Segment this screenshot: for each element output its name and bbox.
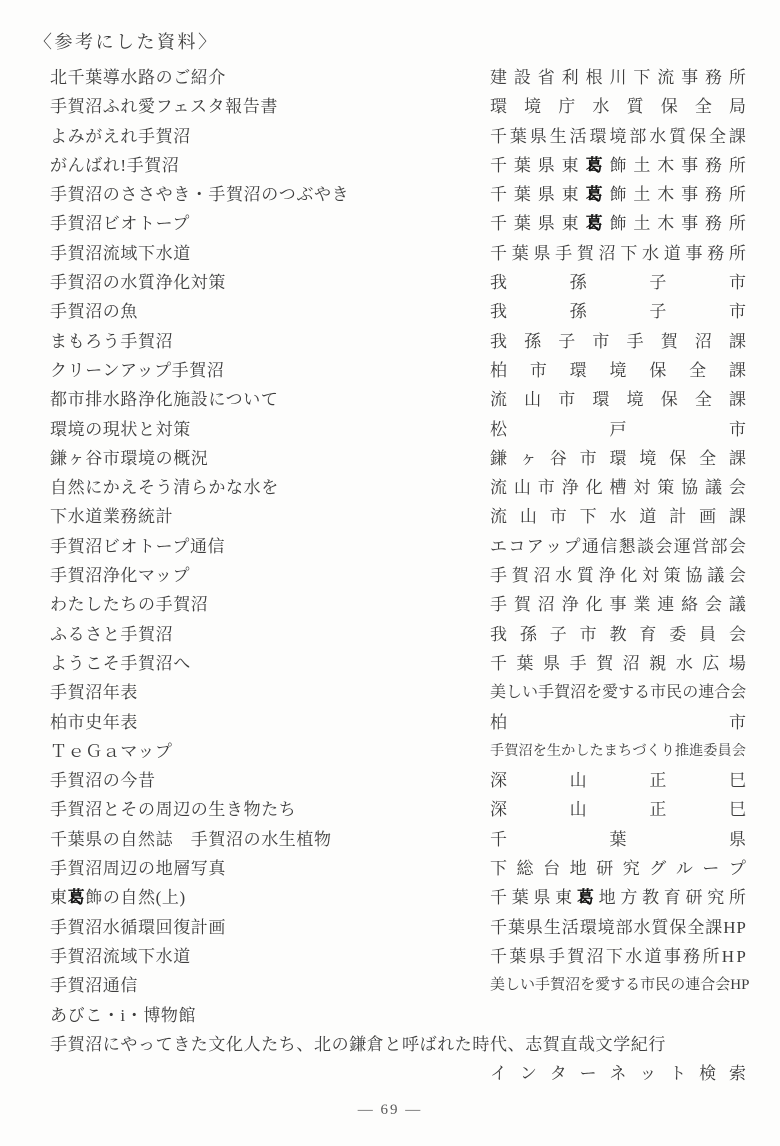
reference-title: 手賀沼流域下水道 [0, 942, 490, 971]
reference-source: 我孫子市手賀沼課 [490, 327, 746, 356]
reference-source: 千葉県手賀沼下水道事務所 [490, 239, 746, 268]
reference-title: 手賀沼ビオトープ [0, 209, 490, 238]
reference-title: 北千葉導水路のご紹介 [0, 63, 490, 92]
reference-title: まもろう手賀沼 [0, 327, 490, 356]
reference-title: よみがえれ手賀沼 [0, 122, 490, 151]
reference-row: ふるさと手賀沼 我孫子市教育委員会 [0, 620, 780, 649]
reference-source: 手賀沼を生かしたまちづくり推進委員会 [490, 737, 746, 766]
reference-source: 柏市 [490, 708, 746, 737]
reference-list-area: 北千葉導水路のご紹介 建設省利根川下流事務所 手賀沼ふれ愛フェスタ報告書 環境庁… [0, 63, 780, 1088]
reference-row: 北千葉導水路のご紹介 建設省利根川下流事務所 [0, 63, 780, 92]
reference-source: 美しい手賀沼を愛する市民の連合会 [490, 678, 746, 707]
reference-title: 手賀沼の魚 [0, 297, 490, 326]
reference-row: 手賀沼のささやき・手賀沼のつぶやき 千葉県東葛飾土木事務所 [0, 180, 780, 209]
reference-row: 手賀沼水循環回復計画 千葉県生活環境部水質保全課HP [0, 913, 780, 942]
reference-title: ふるさと手賀沼 [0, 620, 490, 649]
reference-source: 千葉県東葛飾土木事務所 [490, 180, 746, 209]
reference-title: わたしたちの手賀沼 [0, 590, 490, 619]
reference-source: 千葉県東葛飾土木事務所 [490, 209, 746, 238]
reference-row: 手賀沼の水質浄化対策 我孫子市 [0, 268, 780, 297]
closing-line: 手賀沼にやってきた文化人たち、北の鎌倉と呼ばれた時代、志賀直哉文学紀行 [0, 1030, 780, 1059]
reference-row: 下水道業務統計 流山市下水道計画課 [0, 502, 780, 531]
reference-source: 流山市環境保全課 [490, 385, 746, 414]
reference-row: 手賀沼の魚 我孫子市 [0, 297, 780, 326]
page-number: — 69 — [0, 1102, 780, 1119]
reference-row: 手賀沼通信 美しい手賀沼を愛する市民の連合会HP [0, 971, 780, 1000]
reference-row: 手賀沼年表 美しい手賀沼を愛する市民の連合会 [0, 678, 780, 707]
reference-source: 我孫子市 [490, 268, 746, 297]
reference-source: 千葉県手賀沼下水道事務所HP [490, 942, 746, 971]
reference-row: 手賀沼周辺の地層写真 下総台地研究グループ [0, 854, 780, 883]
reference-title: 手賀沼の水質浄化対策 [0, 268, 490, 297]
reference-row: わたしたちの手賀沼 手賀沼浄化事業連絡会議 [0, 590, 780, 619]
reference-title: あびこ・i・博物館 [0, 1001, 490, 1030]
reference-row: 手賀沼浄化マップ 手賀沼水質浄化対策協議会 [0, 561, 780, 590]
reference-source: 流山市浄化槽対策協議会 [490, 473, 746, 502]
reference-title: 自然にかえそう清らかな水を [0, 473, 490, 502]
reference-title: 手賀沼ふれ愛フェスタ報告書 [0, 92, 490, 121]
reference-title: 下水道業務統計 [0, 502, 490, 531]
reference-title: 手賀沼周辺の地層写真 [0, 854, 490, 883]
reference-row: まもろう手賀沼 我孫子市手賀沼課 [0, 327, 780, 356]
reference-source: 我孫子市 [490, 297, 746, 326]
reference-row: 手賀沼とその周辺の生き物たち 深山正巳 [0, 795, 780, 824]
reference-title: 手賀沼水循環回復計画 [0, 913, 490, 942]
reference-title: 都市排水路浄化施設について [0, 385, 490, 414]
reference-row: 手賀沼流域下水道 千葉県手賀沼下水道事務所 [0, 239, 780, 268]
reference-title: 鎌ヶ谷市環境の概況 [0, 444, 490, 473]
reference-source: 千葉県生活環境部水質保全課HP [490, 913, 746, 942]
reference-source: 千葉県生活環境部水質保全課 [490, 122, 746, 151]
reference-title: クリーンアップ手賀沼 [0, 356, 490, 385]
reference-list: 北千葉導水路のご紹介 建設省利根川下流事務所 手賀沼ふれ愛フェスタ報告書 環境庁… [0, 63, 780, 1030]
reference-row: 鎌ヶ谷市環境の概況 鎌ヶ谷市環境保全課 [0, 444, 780, 473]
closing-source-row: インターネット検索 [0, 1059, 780, 1088]
reference-source: 美しい手賀沼を愛する市民の連合会HP [490, 971, 746, 1000]
reference-row: 都市排水路浄化施設について 流山市環境保全課 [0, 385, 780, 414]
reference-row: 環境の現状と対策 松戸市 [0, 415, 780, 444]
reference-row: 手賀沼ビオトープ通信 エコアップ通信懇談会運営部会 [0, 532, 780, 561]
reference-source: 千葉県手賀沼親水広場 [490, 649, 746, 678]
reference-row: がんばれ!手賀沼 千葉県東葛飾土木事務所 [0, 151, 780, 180]
reference-source: 鎌ヶ谷市環境保全課 [490, 444, 746, 473]
reference-source: 手賀沼水質浄化対策協議会 [490, 561, 746, 590]
reference-source: 柏市環境保全課 [490, 356, 746, 385]
reference-title: ようこそ手賀沼へ [0, 649, 490, 678]
reference-title: 手賀沼のささやき・手賀沼のつぶやき [0, 180, 490, 209]
reference-title: 環境の現状と対策 [0, 415, 490, 444]
reference-row: ＴｅＧａマップ 手賀沼を生かしたまちづくり推進委員会 [0, 737, 780, 766]
reference-source: 建設省利根川下流事務所 [490, 63, 746, 92]
reference-row: 手賀沼の今昔 深山正巳 [0, 766, 780, 795]
closing-line-row: 手賀沼にやってきた文化人たち、北の鎌倉と呼ばれた時代、志賀直哉文学紀行 [0, 1030, 780, 1059]
reference-title: 手賀沼流域下水道 [0, 239, 490, 268]
reference-source: 千葉県東葛地方教育研究所 [490, 883, 746, 912]
reference-source: 深山正巳 [490, 795, 746, 824]
reference-title: 手賀沼浄化マップ [0, 561, 490, 590]
closing-source: インターネット検索 [490, 1059, 746, 1088]
reference-title: がんばれ!手賀沼 [0, 151, 490, 180]
reference-source: 下総台地研究グループ [490, 854, 746, 883]
reference-source: 流山市下水道計画課 [490, 502, 746, 531]
reference-title: 手賀沼とその周辺の生き物たち [0, 795, 490, 824]
reference-title: 東葛飾の自然(上) [0, 883, 490, 912]
reference-title: 千葉県の自然誌 手賀沼の水生植物 [0, 825, 490, 854]
reference-row: 柏市史年表 柏市 [0, 708, 780, 737]
reference-row: 千葉県の自然誌 手賀沼の水生植物 千葉県 [0, 825, 780, 854]
closing-source-spacer [0, 1059, 490, 1088]
reference-row: 東葛飾の自然(上) 千葉県東葛地方教育研究所 [0, 883, 780, 912]
reference-row: 手賀沼ふれ愛フェスタ報告書 環境庁水質保全局 [0, 92, 780, 121]
reference-source: 環境庁水質保全局 [490, 92, 746, 121]
reference-row: よみがえれ手賀沼 千葉県生活環境部水質保全課 [0, 122, 780, 151]
reference-row: クリーンアップ手賀沼 柏市環境保全課 [0, 356, 780, 385]
reference-source: 我孫子市教育委員会 [490, 620, 746, 649]
reference-source: 千葉県 [490, 825, 746, 854]
reference-source: 深山正巳 [490, 766, 746, 795]
reference-source: エコアップ通信懇談会運営部会 [490, 532, 746, 561]
reference-title: ＴｅＧａマップ [0, 737, 490, 766]
reference-row: 手賀沼流域下水道 千葉県手賀沼下水道事務所HP [0, 942, 780, 971]
reference-source: 手賀沼浄化事業連絡会議 [490, 590, 746, 619]
reference-title: 手賀沼通信 [0, 971, 490, 1000]
reference-source: 千葉県東葛飾土木事務所 [490, 151, 746, 180]
reference-source: 松戸市 [490, 415, 746, 444]
reference-title: 手賀沼ビオトープ通信 [0, 532, 490, 561]
reference-row: あびこ・i・博物館 [0, 1001, 780, 1030]
reference-row: 手賀沼ビオトープ 千葉県東葛飾土木事務所 [0, 209, 780, 238]
page-title: 〈参考にした資料〉 [34, 28, 219, 54]
reference-title: 手賀沼の今昔 [0, 766, 490, 795]
reference-title: 柏市史年表 [0, 708, 490, 737]
reference-row: 自然にかえそう清らかな水を 流山市浄化槽対策協議会 [0, 473, 780, 502]
reference-row: ようこそ手賀沼へ 千葉県手賀沼親水広場 [0, 649, 780, 678]
reference-title: 手賀沼年表 [0, 678, 490, 707]
